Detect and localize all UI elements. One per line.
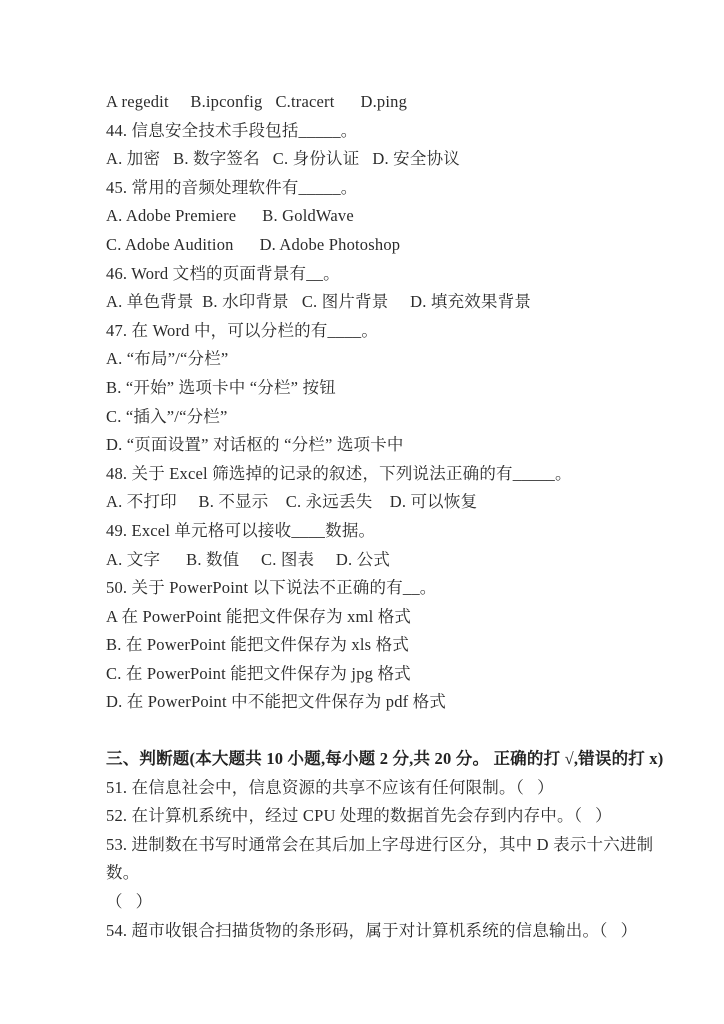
q47-option-b: B. “开始” 选项卡中 “分栏” 按钮 <box>106 374 668 403</box>
q48-stem: 48. 关于 Excel 筛选掉的记录的叙述，下列说法正确的有_____。 <box>106 460 668 489</box>
q49-options-row: A. 文字 B. 数值 C. 图表 D. 公式 <box>106 546 668 575</box>
q53-answer-parens: （ ） <box>106 888 668 917</box>
q50-option-b: B. 在 PowerPoint 能把文件保存为 xls 格式 <box>106 631 668 660</box>
q53-statement: 53. 进制数在书写时通常会在其后加上字母进行区分，其中 D 表示十六进制数。 <box>106 831 668 888</box>
exam-body: A regedit B.ipconfig C.tracert D.ping44.… <box>106 88 668 945</box>
q47-option-d: D. “页面设置” 对话枢的 “分栏” 选项卡中 <box>106 431 668 460</box>
q45-options-ab: A. Adobe Premiere B. GoldWave <box>106 202 668 231</box>
q50-option-d: D. 在 PowerPoint 中不能把文件保存为 pdf 格式 <box>106 688 668 717</box>
q44-stem: 44. 信息安全技术手段包括_____。 <box>106 117 668 146</box>
exam-document-page: A regedit B.ipconfig C.tracert D.ping44.… <box>0 0 724 1024</box>
q47-stem: 47. 在 Word 中，可以分栏的有____。 <box>106 317 668 346</box>
q44-options-row: A. 加密 B. 数字签名 C. 身份认证 D. 安全协议 <box>106 145 668 174</box>
q47-option-a: A. “布局”/“分栏” <box>106 345 668 374</box>
q45-options-cd: C. Adobe Audition D. Adobe Photoshop <box>106 231 668 260</box>
q43-options-row: A regedit B.ipconfig C.tracert D.ping <box>106 88 668 117</box>
q50-stem: 50. 关于 PowerPoint 以下说法不正确的有__。 <box>106 574 668 603</box>
q50-option-a: A 在 PowerPoint 能把文件保存为 xml 格式 <box>106 603 668 632</box>
section3-header: 三、判断题(本大题共 10 小题,每小题 2 分,共 20 分。 正确的打 √,… <box>106 745 668 774</box>
q49-stem: 49. Excel 单元格可以接收____数据。 <box>106 517 668 546</box>
q54-statement: 54. 超市收银合扫描货物的条形码，属于对计算机系统的信息输出。（ ） <box>106 917 668 946</box>
q46-options-row: A. 单色背景 B. 水印背景 C. 图片背景 D. 填充效果背景 <box>106 288 668 317</box>
q50-option-c: C. 在 PowerPoint 能把文件保存为 jpg 格式 <box>106 660 668 689</box>
q48-options-row: A. 不打印 B. 不显示 C. 永远丢失 D. 可以恢复 <box>106 488 668 517</box>
q46-stem: 46. Word 文档的页面背景有__。 <box>106 260 668 289</box>
q52-statement: 52. 在计算机系统中，经过 CPU 处理的数据首先会存到内存中。（ ） <box>106 802 668 831</box>
q51-statement: 51. 在信息社会中，信息资源的共享不应该有任何限制。（ ） <box>106 774 668 803</box>
q47-option-c: C. “插入”/“分栏” <box>106 403 668 432</box>
q45-stem: 45. 常用的音频处理软件有_____。 <box>106 174 668 203</box>
